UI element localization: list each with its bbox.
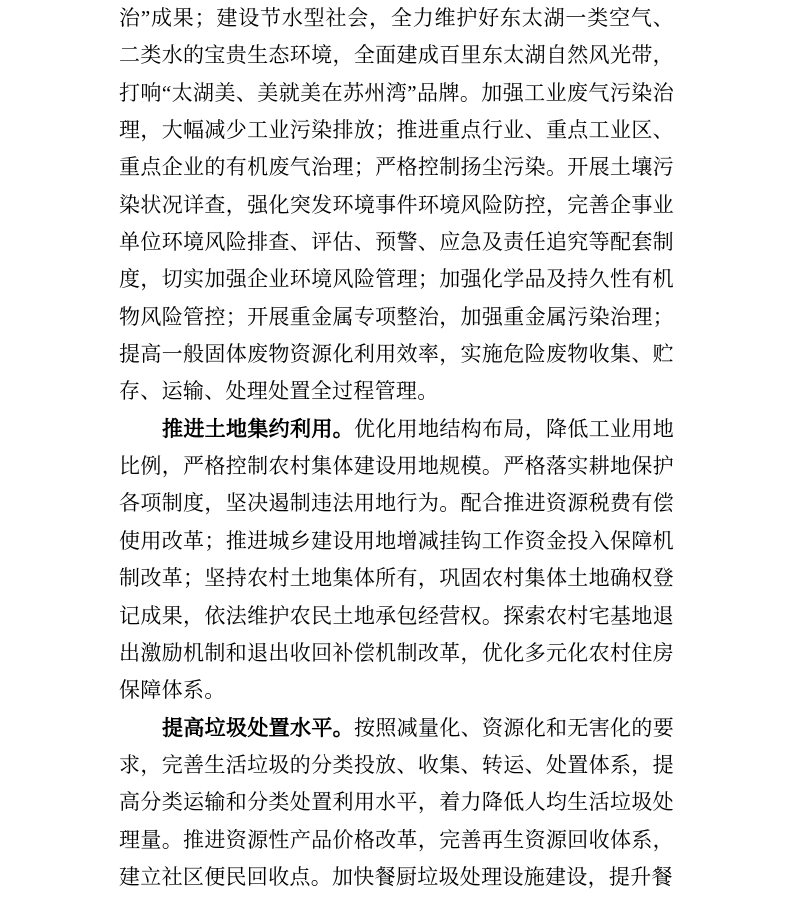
paragraph-lead-bold: 推进土地集约利用。 (162, 417, 354, 441)
paragraph-continued-environment: 治”成果；建设节水型社会，全力维护好东太湖一类空气、二类水的宝贵生态环境，全面建… (119, 0, 674, 411)
paragraph-waste-disposal: 提高垃圾处置水平。按照减量化、资源化和无害化的要求，完善生活垃圾的分类投放、收集… (119, 710, 674, 897)
paragraph-text: 按照减量化、资源化和无害化的要求，完善生活垃圾的分类投放、收集、转运、处置体系，… (119, 716, 674, 889)
document-page: 治”成果；建设节水型社会，全力维护好东太湖一类空气、二类水的宝贵生态环境，全面建… (0, 0, 793, 897)
paragraph-land-use: 推进土地集约利用。优化用地结构布局，降低工业用地比例，严格控制农村集体建设用地规… (119, 411, 674, 710)
paragraph-lead-bold: 提高垃圾处置水平。 (162, 716, 354, 740)
document-text-block: 治”成果；建设节水型社会，全力维护好东太湖一类空气、二类水的宝贵生态环境，全面建… (119, 0, 674, 896)
paragraph-text: 优化用地结构布局，降低工业用地比例，严格控制农村集体建设用地规模。严格落实耕地保… (119, 417, 674, 702)
paragraph-text: 治”成果；建设节水型社会，全力维护好东太湖一类空气、二类水的宝贵生态环境，全面建… (119, 6, 674, 403)
